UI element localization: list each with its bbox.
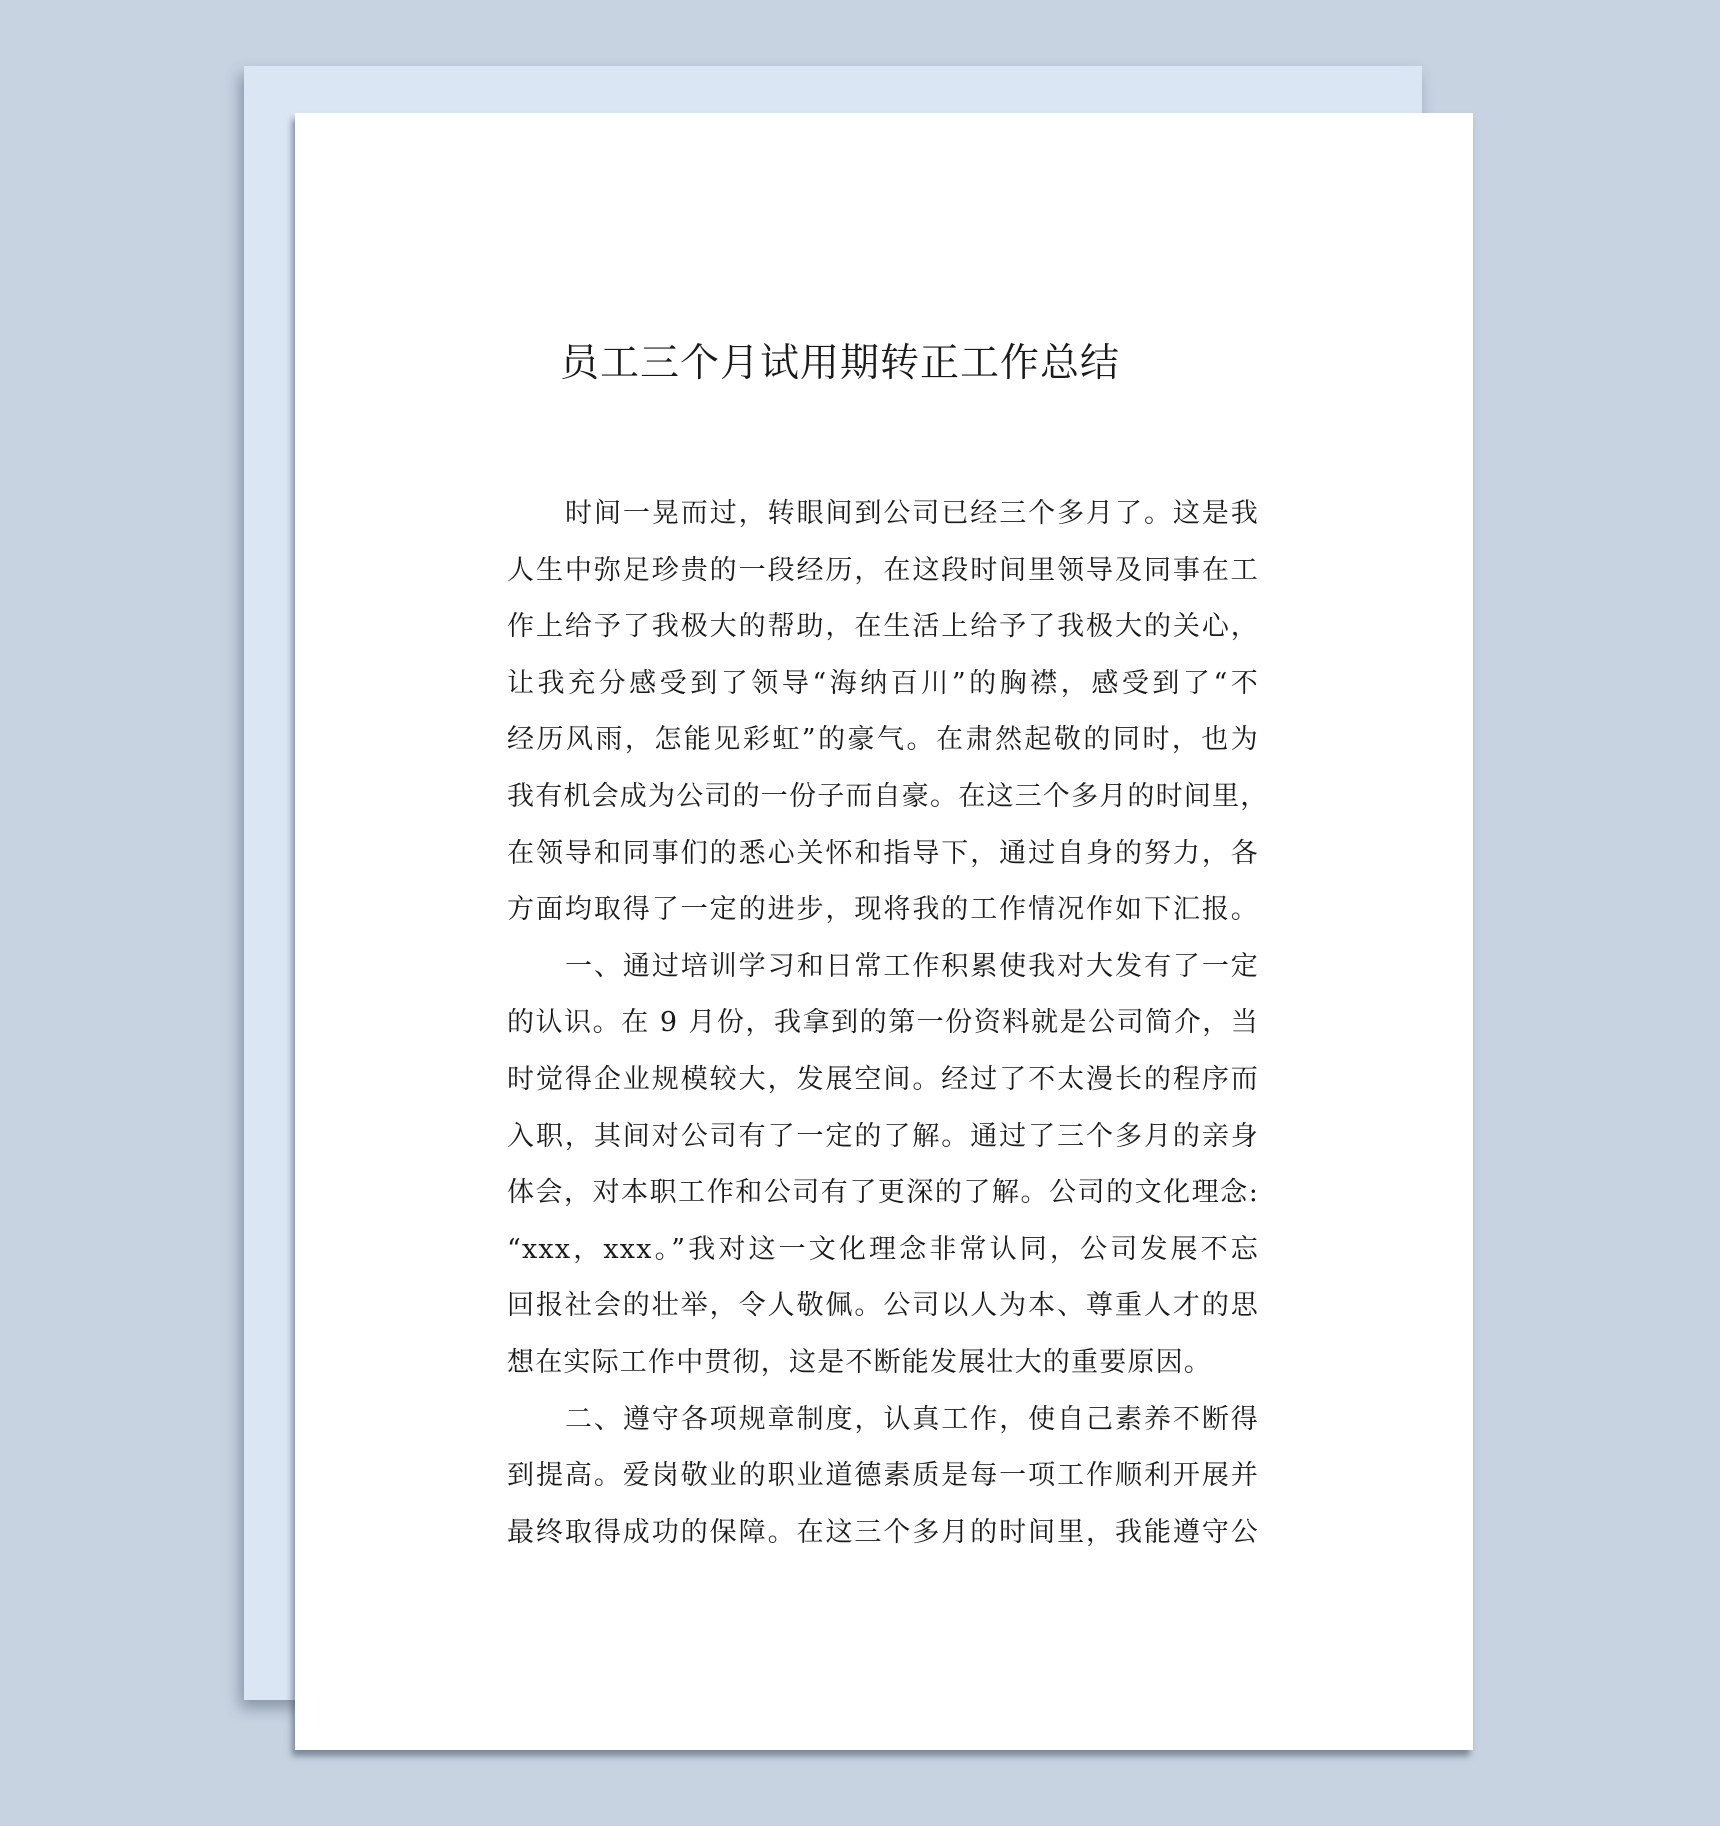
paragraph-line: 作上给予了我极大的帮助，在生活上给予了我极大的关心， <box>507 599 1259 656</box>
paragraph-line: 体会，对本职工作和公司有了更深的了解。公司的文化理念: <box>507 1165 1259 1222</box>
document-body: 时间一晃而过，转眼间到公司已经三个多月了。这是我 人生中弥足珍贵的一段经历，在这… <box>507 486 1259 1561</box>
paragraph-line: 让我充分感受到了领导“海纳百川”的胸襟，感受到了“不 <box>507 656 1259 713</box>
paragraph-line: 时觉得企业规模较大，发展空间。经过了不太漫长的程序而 <box>507 1052 1259 1109</box>
document-title: 员工三个月试用期转正工作总结 <box>0 338 1720 390</box>
paragraph-line: 最终取得成功的保障。在这三个多月的时间里，我能遵守公 <box>507 1505 1259 1562</box>
section-two-line: 二、遵守各项规章制度，认真工作，使自己素养不断得 <box>507 1392 1259 1449</box>
paragraph-line: 回报社会的壮举，令人敬佩。公司以人为本、尊重人才的思 <box>507 1278 1259 1335</box>
paragraph-line: 人生中弥足珍贵的一段经历，在这段时间里领导及同事在工 <box>507 543 1259 600</box>
section-one-line: 一、通过培训学习和日常工作积累使我对大发有了一定 <box>507 939 1259 996</box>
paragraph-line: 我有机会成为公司的一份子而自豪。在这三个多月的时间里， <box>507 769 1259 826</box>
paragraph-line: 方面均取得了一定的进步，现将我的工作情况作如下汇报。 <box>507 882 1259 939</box>
paragraph-line: 时间一晃而过，转眼间到公司已经三个多月了。这是我 <box>507 486 1259 543</box>
paragraph-line: 经历风雨，怎能见彩虹”的豪气。在肃然起敬的同时，也为 <box>507 712 1259 769</box>
paragraph-line: 在领导和同事们的悉心关怀和指导下，通过自身的努力，各 <box>507 826 1259 883</box>
paragraph-line: 入职，其间对公司有了一定的了解。通过了三个多月的亲身 <box>507 1109 1259 1166</box>
paragraph-line: 想在实际工作中贯彻，这是不断能发展壮大的重要原因。 <box>507 1335 1259 1392</box>
paragraph-line: “xxx，xxx。”我对这一文化理念非常认同，公司发展不忘 <box>507 1222 1259 1279</box>
paragraph-line: 的认识。在 9 月份，我拿到的第一份资料就是公司简介，当 <box>507 995 1259 1052</box>
paragraph-line: 到提高。爱岗敬业的职业道德素质是每一项工作顺利开展并 <box>507 1448 1259 1505</box>
